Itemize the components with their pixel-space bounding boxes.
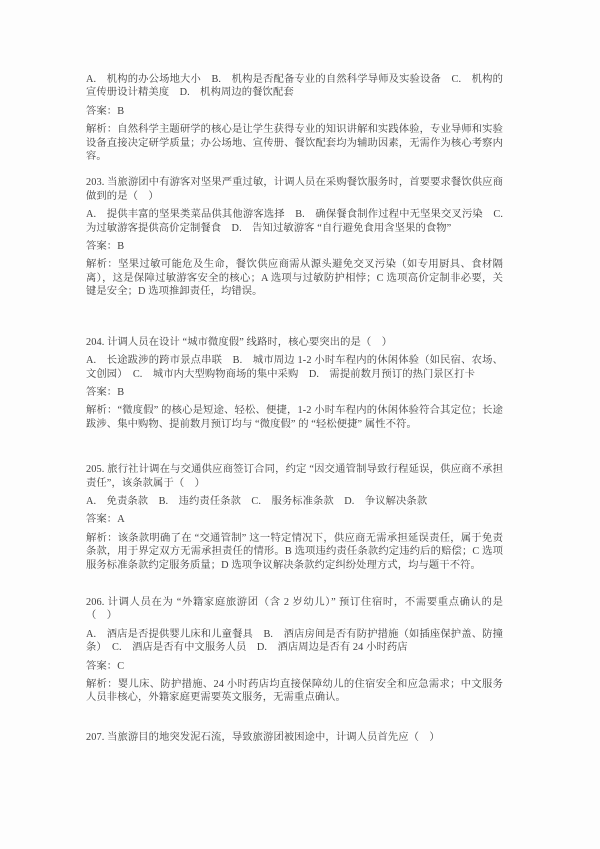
question-block: 207. 当旅游目的地突发泥石流，导致旅游团被困途中，计调人员首先应（ ） bbox=[86, 731, 503, 744]
question-stem: 207. 当旅游目的地突发泥石流，导致旅游团被困途中，计调人员首先应（ ） bbox=[86, 731, 503, 744]
question-block: A. 机构的办公场地大小 B. 机构是否配备专业的自然科学导师及实验设备 C. … bbox=[86, 73, 503, 163]
question-stem: 203. 当旅游团中有游客对坚果严重过敏，计调人员在采购餐饮服务时，首要要求餐饮… bbox=[86, 176, 503, 203]
analysis-paragraph: 解析：该条款明确了在 “交通管制” 这一特定情况下，供应商无需承担延误责任，属于… bbox=[86, 532, 503, 572]
analysis-paragraph: 解析：“微度假” 的核心是短途、轻松、便捷，1-2 小时车程内的休闲体验符合其定… bbox=[86, 404, 503, 431]
question-stem: 206. 计调人员在为 “外籍家庭旅游团（含 2 岁幼儿）” 预订住宿时，不需要… bbox=[86, 596, 503, 623]
answer-line: 答案：B bbox=[86, 240, 503, 253]
answer-line: 答案：A bbox=[86, 513, 503, 526]
question-stem: 204. 计调人员在设计 “城市微度假” 线路时，核心要突出的是（ ） bbox=[86, 336, 503, 349]
answer-line: 答案：C bbox=[86, 660, 503, 673]
question-options: A. 酒店是否提供婴儿床和儿童餐具 B. 酒店房间是否有防护措施（如插座保护盖、… bbox=[86, 628, 503, 655]
analysis-paragraph: 解析：自然科学主题研学的核心是让学生获得专业的知识讲解和实践体验，专业导师和实验… bbox=[86, 123, 503, 163]
question-block: 204. 计调人员在设计 “城市微度假” 线路时，核心要突出的是（ ） A. 长… bbox=[86, 336, 503, 431]
question-block: 203. 当旅游团中有游客对坚果严重过敏，计调人员在采购餐饮服务时，首要要求餐饮… bbox=[86, 176, 503, 298]
analysis-paragraph: 解析：婴儿床、防护措施、24 小时药店均直接保障幼儿的住宿安全和应急需求；中文服… bbox=[86, 678, 503, 705]
answer-line: 答案：B bbox=[86, 386, 503, 399]
question-options: A. 机构的办公场地大小 B. 机构是否配备专业的自然科学导师及实验设备 C. … bbox=[86, 73, 503, 100]
question-block: 205. 旅行社计调在与交通供应商签订合同，约定 “因交通管制导致行程延误，供应… bbox=[86, 463, 503, 572]
question-stem: 205. 旅行社计调在与交通供应商签订合同，约定 “因交通管制导致行程延误，供应… bbox=[86, 463, 503, 490]
question-options: A. 提供丰富的坚果类菜品供其他游客选择 B. 确保餐食制作过程中无坚果交叉污染… bbox=[86, 208, 503, 235]
question-options: A. 长途跋涉的跨市景点串联 B. 城市周边 1-2 小时车程内的休闲体验（如民… bbox=[86, 354, 503, 381]
analysis-paragraph: 解析：坚果过敏可能危及生命，餐饮供应商需从源头避免交叉污染（如专用厨具、食材隔离… bbox=[86, 258, 503, 298]
question-options: A. 免责条款 B. 违约责任条款 C. 服务标准条款 D. 争议解决条款 bbox=[86, 495, 503, 508]
answer-line: 答案：B bbox=[86, 105, 503, 118]
question-block: 206. 计调人员在为 “外籍家庭旅游团（含 2 岁幼儿）” 预订住宿时，不需要… bbox=[86, 596, 503, 705]
document-page: A. 机构的办公场地大小 B. 机构是否配备专业的自然科学导师及实验设备 C. … bbox=[0, 0, 600, 849]
